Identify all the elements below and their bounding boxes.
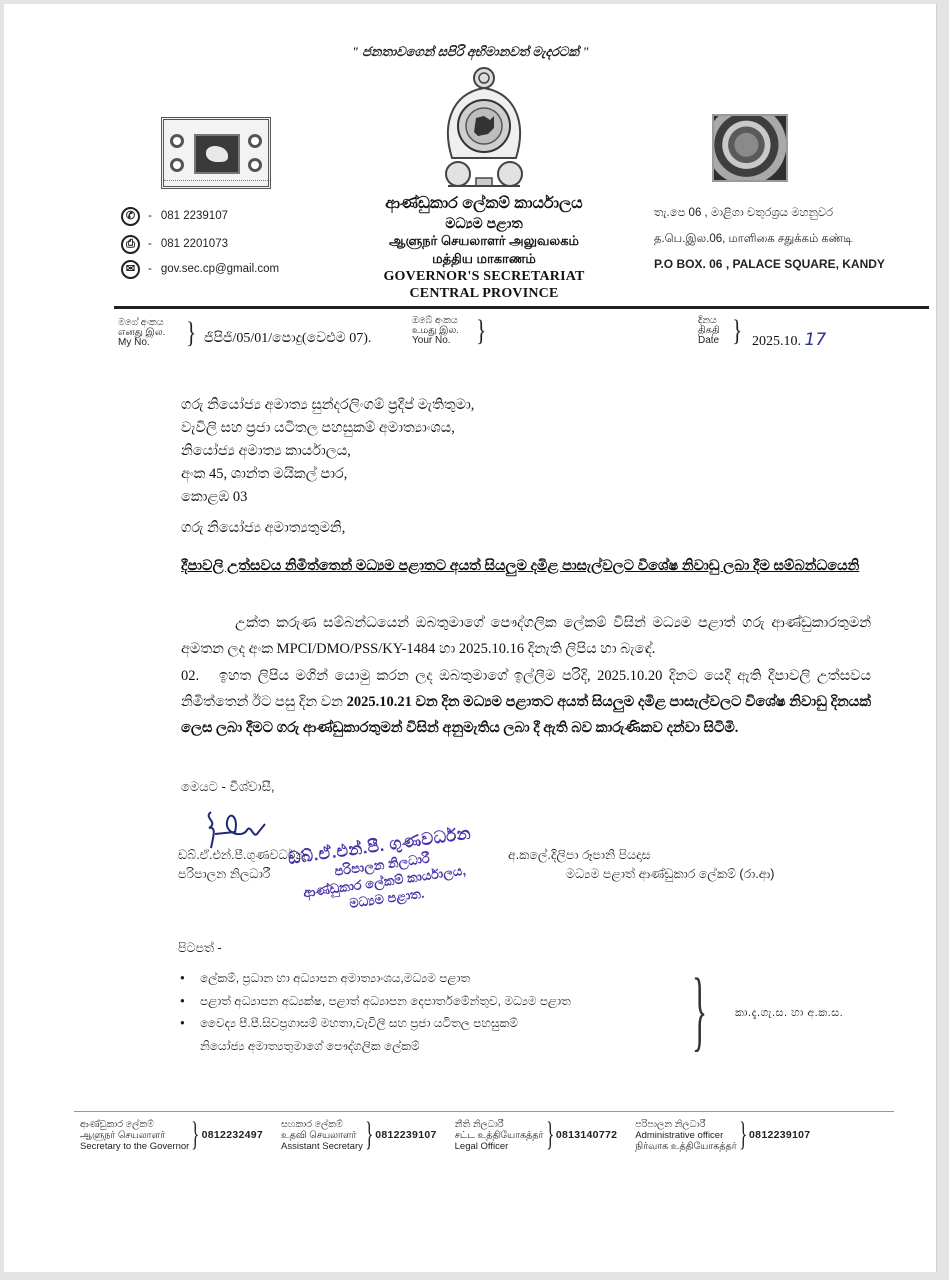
office-name-sinhala: ආණ්ඩුකාර ලේකම් කාර්යාලය	[334, 194, 634, 214]
office-name-english: GOVERNOR'S SECRETARIAT	[334, 268, 634, 285]
contact-fax: ⎙ - 081 2201073	[121, 234, 228, 254]
province-sinhala: මධ්‍යම පළාත	[334, 214, 634, 232]
holiday-date: 2025.10.21	[347, 694, 412, 710]
office-heading: ආණ්ඩුකාර ලේකම් කාර්යාලය මධ්‍යම පළාත ஆளுந…	[334, 194, 634, 302]
addressee-block: ගරු නියෝජ්‍ය අමාත්‍ය සුන්දරලිංගම් ප්‍රදී…	[181, 394, 681, 509]
office-name-tamil: ஆளுநர் செயலாளர் அலுவலகம்	[334, 232, 634, 250]
lion-flag-icon	[194, 134, 240, 174]
motto: " ජනතාවගෙන් සපිරි අභිමානවත් මැදරටක් "	[4, 44, 937, 60]
signatory-title: මධ්‍යම පළාත් ආණ්ඩුකාර ලේකම් (රා.ආ)	[508, 865, 774, 884]
footer-divider	[74, 1111, 894, 1112]
governor-photo	[712, 114, 788, 182]
brace: }	[476, 316, 486, 346]
emblem-ring-icon	[248, 134, 262, 148]
paragraph-number: 02.	[181, 663, 219, 689]
phone-icon: ✆	[121, 207, 140, 226]
footer-contacts: ආණ්ඩුකාර ලේකම් ஆளுநர் செயலாளர் Secretary…	[80, 1118, 910, 1152]
address-sinhala: තැ.පෙ 06 , මාළිගා චතුරශ්‍රය මහනුවර	[654, 207, 833, 220]
header-divider	[114, 306, 929, 309]
provincial-flag-emblem	[161, 117, 271, 189]
official-stamp: ඩබ්.ඒ.එන්.පී. ගුණවර්ධන පරිපාලන නිලධාරී ආ…	[274, 821, 492, 922]
address-english: P.O BOX. 06 , PALACE SQUARE, KANDY	[654, 257, 885, 271]
paragraph-1: උක්ත කරුණ සම්බන්ධයෙන් ඔබතුමාගේ පෞද්ගලික …	[181, 610, 871, 662]
footer-phone: 0812232497	[202, 1129, 263, 1141]
date-handwritten: 17	[805, 330, 827, 350]
brace: }	[692, 966, 707, 1056]
fax-icon: ⎙	[121, 235, 140, 254]
paragraph-2: 02.ඉහත ලිපිය මගින් යොමු කරන ලද ඔබතුමාගේ …	[181, 663, 871, 741]
addressee-line: වැවිලි සහ ප්‍රජා යටිතල පහසුකම් අමාත්‍යාං…	[181, 417, 681, 440]
brace: }	[732, 316, 742, 346]
addressee-line: නියෝජ්‍ය අමාත්‍ය කාර්යාලය,	[181, 440, 681, 463]
footer-secretary: ආණ්ඩුකාර ලේකම් ஆளுநர் செயலாளர் Secretary…	[80, 1118, 281, 1152]
date-value: 2025.10. 17	[752, 330, 826, 350]
footer-phone: 0812239107	[749, 1129, 810, 1141]
footer-administrative-officer: පරිපාලන නිලධාරී Administrative officer ந…	[635, 1118, 828, 1152]
closing: මෙයට - විශ්වාසී,	[181, 779, 275, 795]
footer-phone: 0813140772	[556, 1129, 617, 1141]
emblem-caption	[164, 180, 268, 184]
date-printed: 2025.10.	[752, 334, 801, 349]
province-tamil: மத்திய மாகாணம்	[334, 250, 634, 268]
email-icon: ✉	[121, 260, 140, 279]
copy-recipient: ලේකම්, ප්‍රධාන හා අධ්‍යාපන අමාත්‍යාංශය,ම…	[178, 967, 718, 990]
signatory-right: අ.කලේ.දිලිපා රූපානි පියදාස මධ්‍යම පළාත් …	[508, 846, 774, 884]
emblem-ring-icon	[248, 158, 262, 172]
letter-page: " ජනතාවගෙන් සපිරි අභිමානවත් මැදරටක් " ✆ …	[4, 4, 937, 1272]
footer-phone: 0812239107	[375, 1129, 436, 1141]
addressee-line: අංක 45, ශාන්ත මයිකල් පාර,	[181, 463, 681, 486]
address-tamil: த.பெ.இல.06, மாளிகை சதுக்கம் கண்டி	[654, 233, 853, 247]
copy-recipient: වෛද්‍ය පී.පී.සිවප්‍රගාසම් මහතා,වැවිලි සහ…	[178, 1012, 718, 1035]
date-label: දිනය திகதி Date	[698, 316, 720, 346]
my-no-label: මගේ අංකය எனது இல. My No.	[118, 318, 165, 348]
copy-recipient-continued: නියෝජ්‍ය අමාත්‍යතුමාගේ පෞද්ගලික ලේකම්	[178, 1035, 718, 1058]
fax-number: 081 2201073	[161, 238, 228, 250]
subject-line: දීපාවලි උත්සවය නිමිත්තෙන් මධ්‍යම පළාතට අ…	[181, 554, 871, 578]
contact-phone: ✆ - 081 2239107	[121, 206, 228, 226]
copies-label: පිටපත් -	[178, 941, 222, 956]
emblem-ring-icon	[170, 134, 184, 148]
copies-list: ලේකම්, ප්‍රධාන හා අධ්‍යාපන අමාත්‍යාංශය,ම…	[178, 967, 718, 1057]
addressee-line: ගරු නියෝජ්‍ය අමාත්‍ය සුන්දරලිංගම් ප්‍රදී…	[181, 394, 681, 417]
copies-note: කා.දැ.ගැ.ස. හා අ.ක.ස.	[735, 1007, 843, 1020]
email-address[interactable]: gov.sec.cp@gmail.com	[161, 263, 279, 275]
brace: }	[186, 318, 196, 348]
footer-assistant-secretary: සහකාර ලේකම් உதவி செயலாளர் Assistant Secr…	[281, 1118, 455, 1152]
signatory-name: අ.කලේ.දිලිපා රූපානි පියදාස	[508, 846, 774, 865]
province-english: CENTRAL PROVINCE	[334, 285, 634, 302]
your-no-label: ඔබේ අංකය உமது இல. Your No.	[412, 316, 459, 346]
salutation: ගරු නියෝජ්‍ය අමාත්‍යතුමනි,	[181, 517, 345, 540]
emblem-ring-icon	[170, 158, 184, 172]
national-emblem	[440, 66, 528, 196]
my-no-value: ජිපිජි/05/01/පොදු(වෙළුම 07).	[204, 331, 371, 347]
footer-legal-officer: නීති නිලධාරී சட்ட உத்தியோகத்தர் Legal Of…	[455, 1118, 636, 1152]
phone-number: 081 2239107	[161, 210, 228, 222]
addressee-line: කොළඹ 03	[181, 486, 681, 509]
contact-email: ✉ - gov.sec.cp@gmail.com	[121, 259, 279, 279]
copy-recipient: පළාත් අධ්‍යාපන අධ්‍යක්ෂ, පළාත් අධ්‍යාපන …	[178, 990, 718, 1013]
